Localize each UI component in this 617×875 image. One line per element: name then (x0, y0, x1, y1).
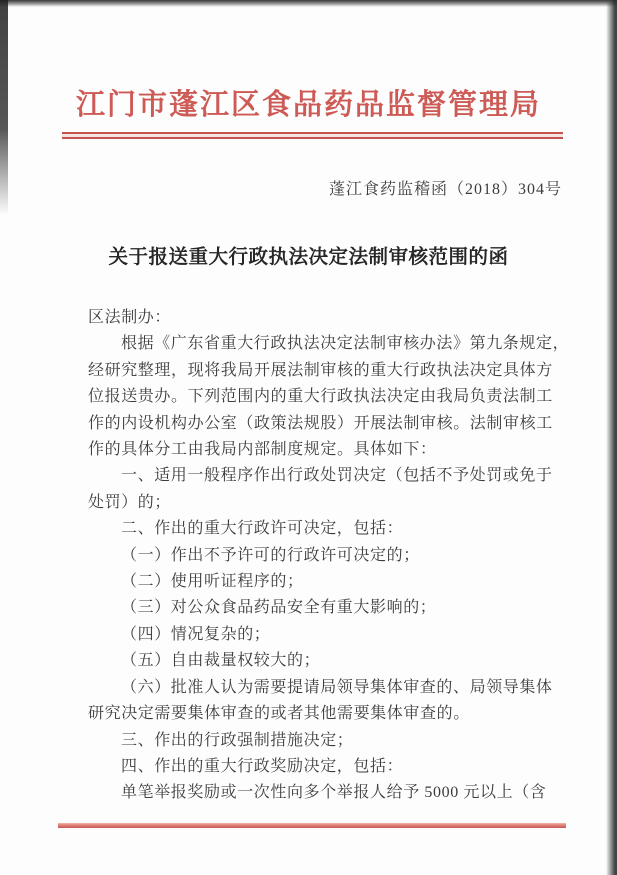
footer-rule (58, 823, 566, 828)
body-line: 区法制办： (88, 305, 564, 331)
body-line: 二、作出的重大行政许可决定，包括： (88, 516, 564, 542)
body-line: 单笔举报奖励或一次性向多个举报人给予 5000 元以上（含 (88, 780, 564, 806)
agency-letterhead: 江门市蓬江区食品药品监督管理局 (0, 82, 617, 123)
body-line: 三、作出的行政强制措施决定； (88, 728, 564, 754)
scan-edge-top (0, 0, 617, 7)
body-line: 四、作出的重大行政奖励决定，包括： (88, 754, 564, 780)
body-line: （六）批准人认为需要提请局领导集体审查的、局领导集体 (88, 675, 564, 701)
body-line: 位报送贵办。下列范围内的重大行政执法决定由我局负责法制工 (88, 384, 564, 410)
body-line: （三）对公众食品药品安全有重大影响的； (88, 595, 564, 621)
body-line: 研究决定需要集体审查的或者其他需要集体审查的。 (88, 701, 564, 727)
body-line: 根据《广东省重大行政执法决定法制审核办法》第九条规定， (88, 331, 564, 357)
body-line: （一）作出不予许可的行政许可决定的； (88, 543, 564, 569)
letterhead-divider (62, 132, 563, 139)
document-body: 区法制办： 根据《广东省重大行政执法决定法制审核办法》第九条规定， 经研究整理，… (88, 305, 564, 807)
document-title: 关于报送重大行政执法决定法制审核范围的函 (0, 241, 617, 269)
body-line: 处罚）的； (88, 490, 564, 516)
body-line: （四）情况复杂的； (88, 622, 564, 648)
document-page: 江门市蓬江区食品药品监督管理局 蓬江食药监稽函（2018）304号 关于报送重大… (0, 0, 617, 875)
body-line: （二）使用听证程序的； (88, 569, 564, 595)
body-line: 作的内设机构办公室（政策法规股）开展法制审核。法制审核工 (88, 411, 564, 437)
body-line: 经研究整理，现将我局开展法制审核的重大行政执法决定具体方 (88, 358, 564, 384)
scan-edge-right (606, 0, 617, 875)
body-line: 一、适用一般程序作出行政处罚决定（包括不予处罚或免于 (88, 463, 564, 489)
document-number: 蓬江食药监稽函（2018）304号 (329, 176, 562, 199)
body-line: （五）自由裁量权较大的； (88, 648, 564, 674)
body-line: 作的具体分工由我局内部制度规定。具体如下： (88, 437, 564, 463)
